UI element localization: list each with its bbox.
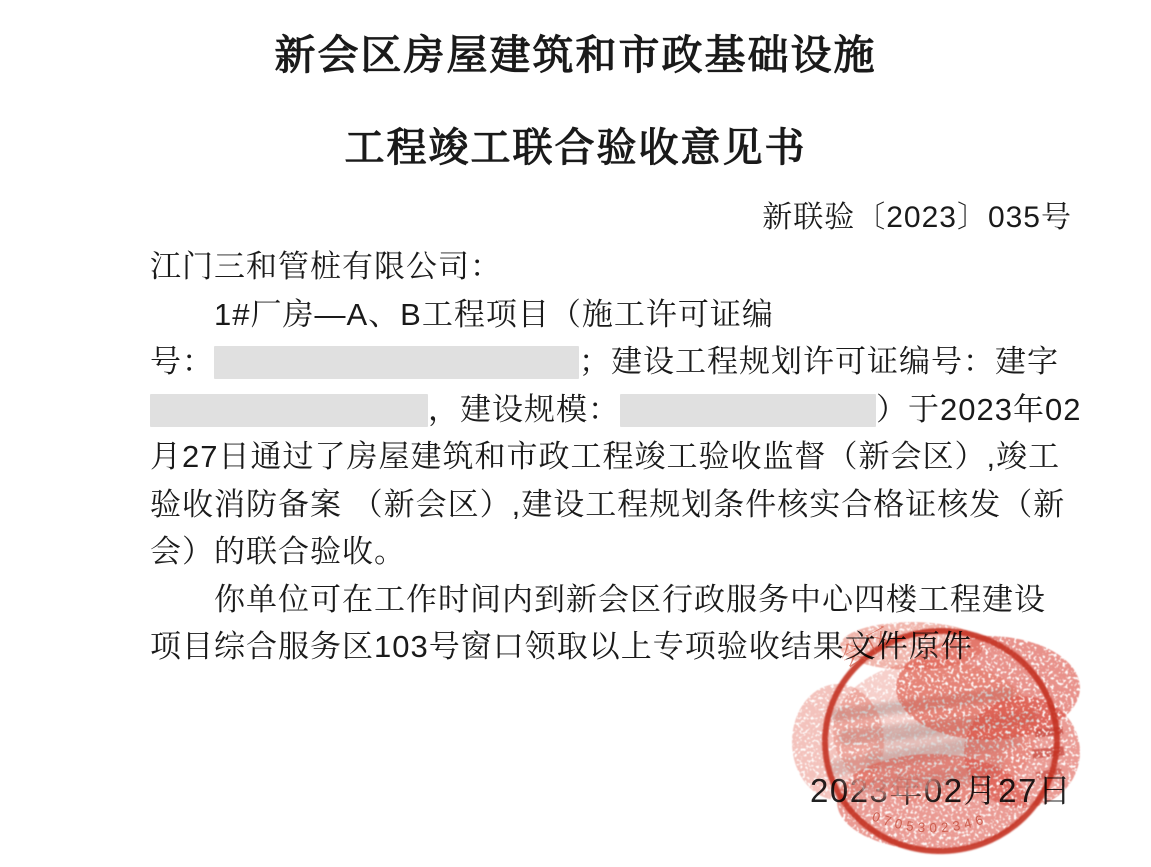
body-line: 会）的联合验收。 [150,528,1100,576]
body-line-text: 项目综合服务区103号窗口领取以上专项验收结果文件原件 [150,629,973,664]
body-line-text: 号： [150,344,214,379]
body-line: 项目综合服务区103号窗口领取以上专项验收结果文件原件 [150,623,1100,671]
document-number: 新联验〔2023〕035号 [762,192,1072,236]
redacted-text [620,394,876,427]
body-line-text: ；建设工程规划许可证编号：建字 [579,344,1059,379]
document-date: 2023年02月27日 [810,765,1072,812]
body-line-text: 你单位可在工作时间内到新会区行政服务中心四楼工程建设 [214,582,1046,617]
body-line: 江门三和管桩有限公司： [150,243,1100,291]
body-line-text: ，建设规模： [428,392,620,427]
body-line: ，建设规模：）于2023年02 [150,386,1100,434]
redacted-text [214,346,579,379]
body-line-text: 验收消防备案 （新会区）,建设工程规划条件核实合格证核发（新 [150,487,1065,522]
body-line-text: 月27日通过了房屋建筑和市政工程竣工验收监督（新会区）,竣工 [150,439,1060,474]
redacted-text [150,394,428,427]
body-line: 验收消防备案 （新会区）,建设工程规划条件核实合格证核发（新 [150,481,1100,529]
scanned-document-page: 新会区房屋建筑和市政基础设施 工程竣工联合验收意见书 新联验〔2023〕035号… [0,0,1151,867]
body-line-text: 会）的联合验收。 [150,534,406,569]
body-line: 号：；建设工程规划许可证编号：建字 [150,338,1100,386]
body-line-text: ）于2023年02 [876,392,1081,427]
body-line: 1#厂房—A、B工程项目（施工许可证编 [150,291,1100,339]
body-line-text: 1#厂房—A、B工程项目（施工许可证编 [214,297,774,332]
seal-code: 0705302346 [870,809,989,836]
document-title-line2: 工程竣工联合验收意见书 [0,116,1151,173]
body-text: 江门三和管桩有限公司：1#厂房—A、B工程项目（施工许可证编号：；建设工程规划许… [150,243,1100,671]
body-line-text: 江门三和管桩有限公司： [150,249,502,284]
body-line: 月27日通过了房屋建筑和市政工程竣工验收监督（新会区）,竣工 [150,433,1100,481]
document-title-line1: 新会区房屋建筑和市政基础设施 [0,22,1151,81]
body-line: 你单位可在工作时间内到新会区行政服务中心四楼工程建设 [150,576,1100,624]
